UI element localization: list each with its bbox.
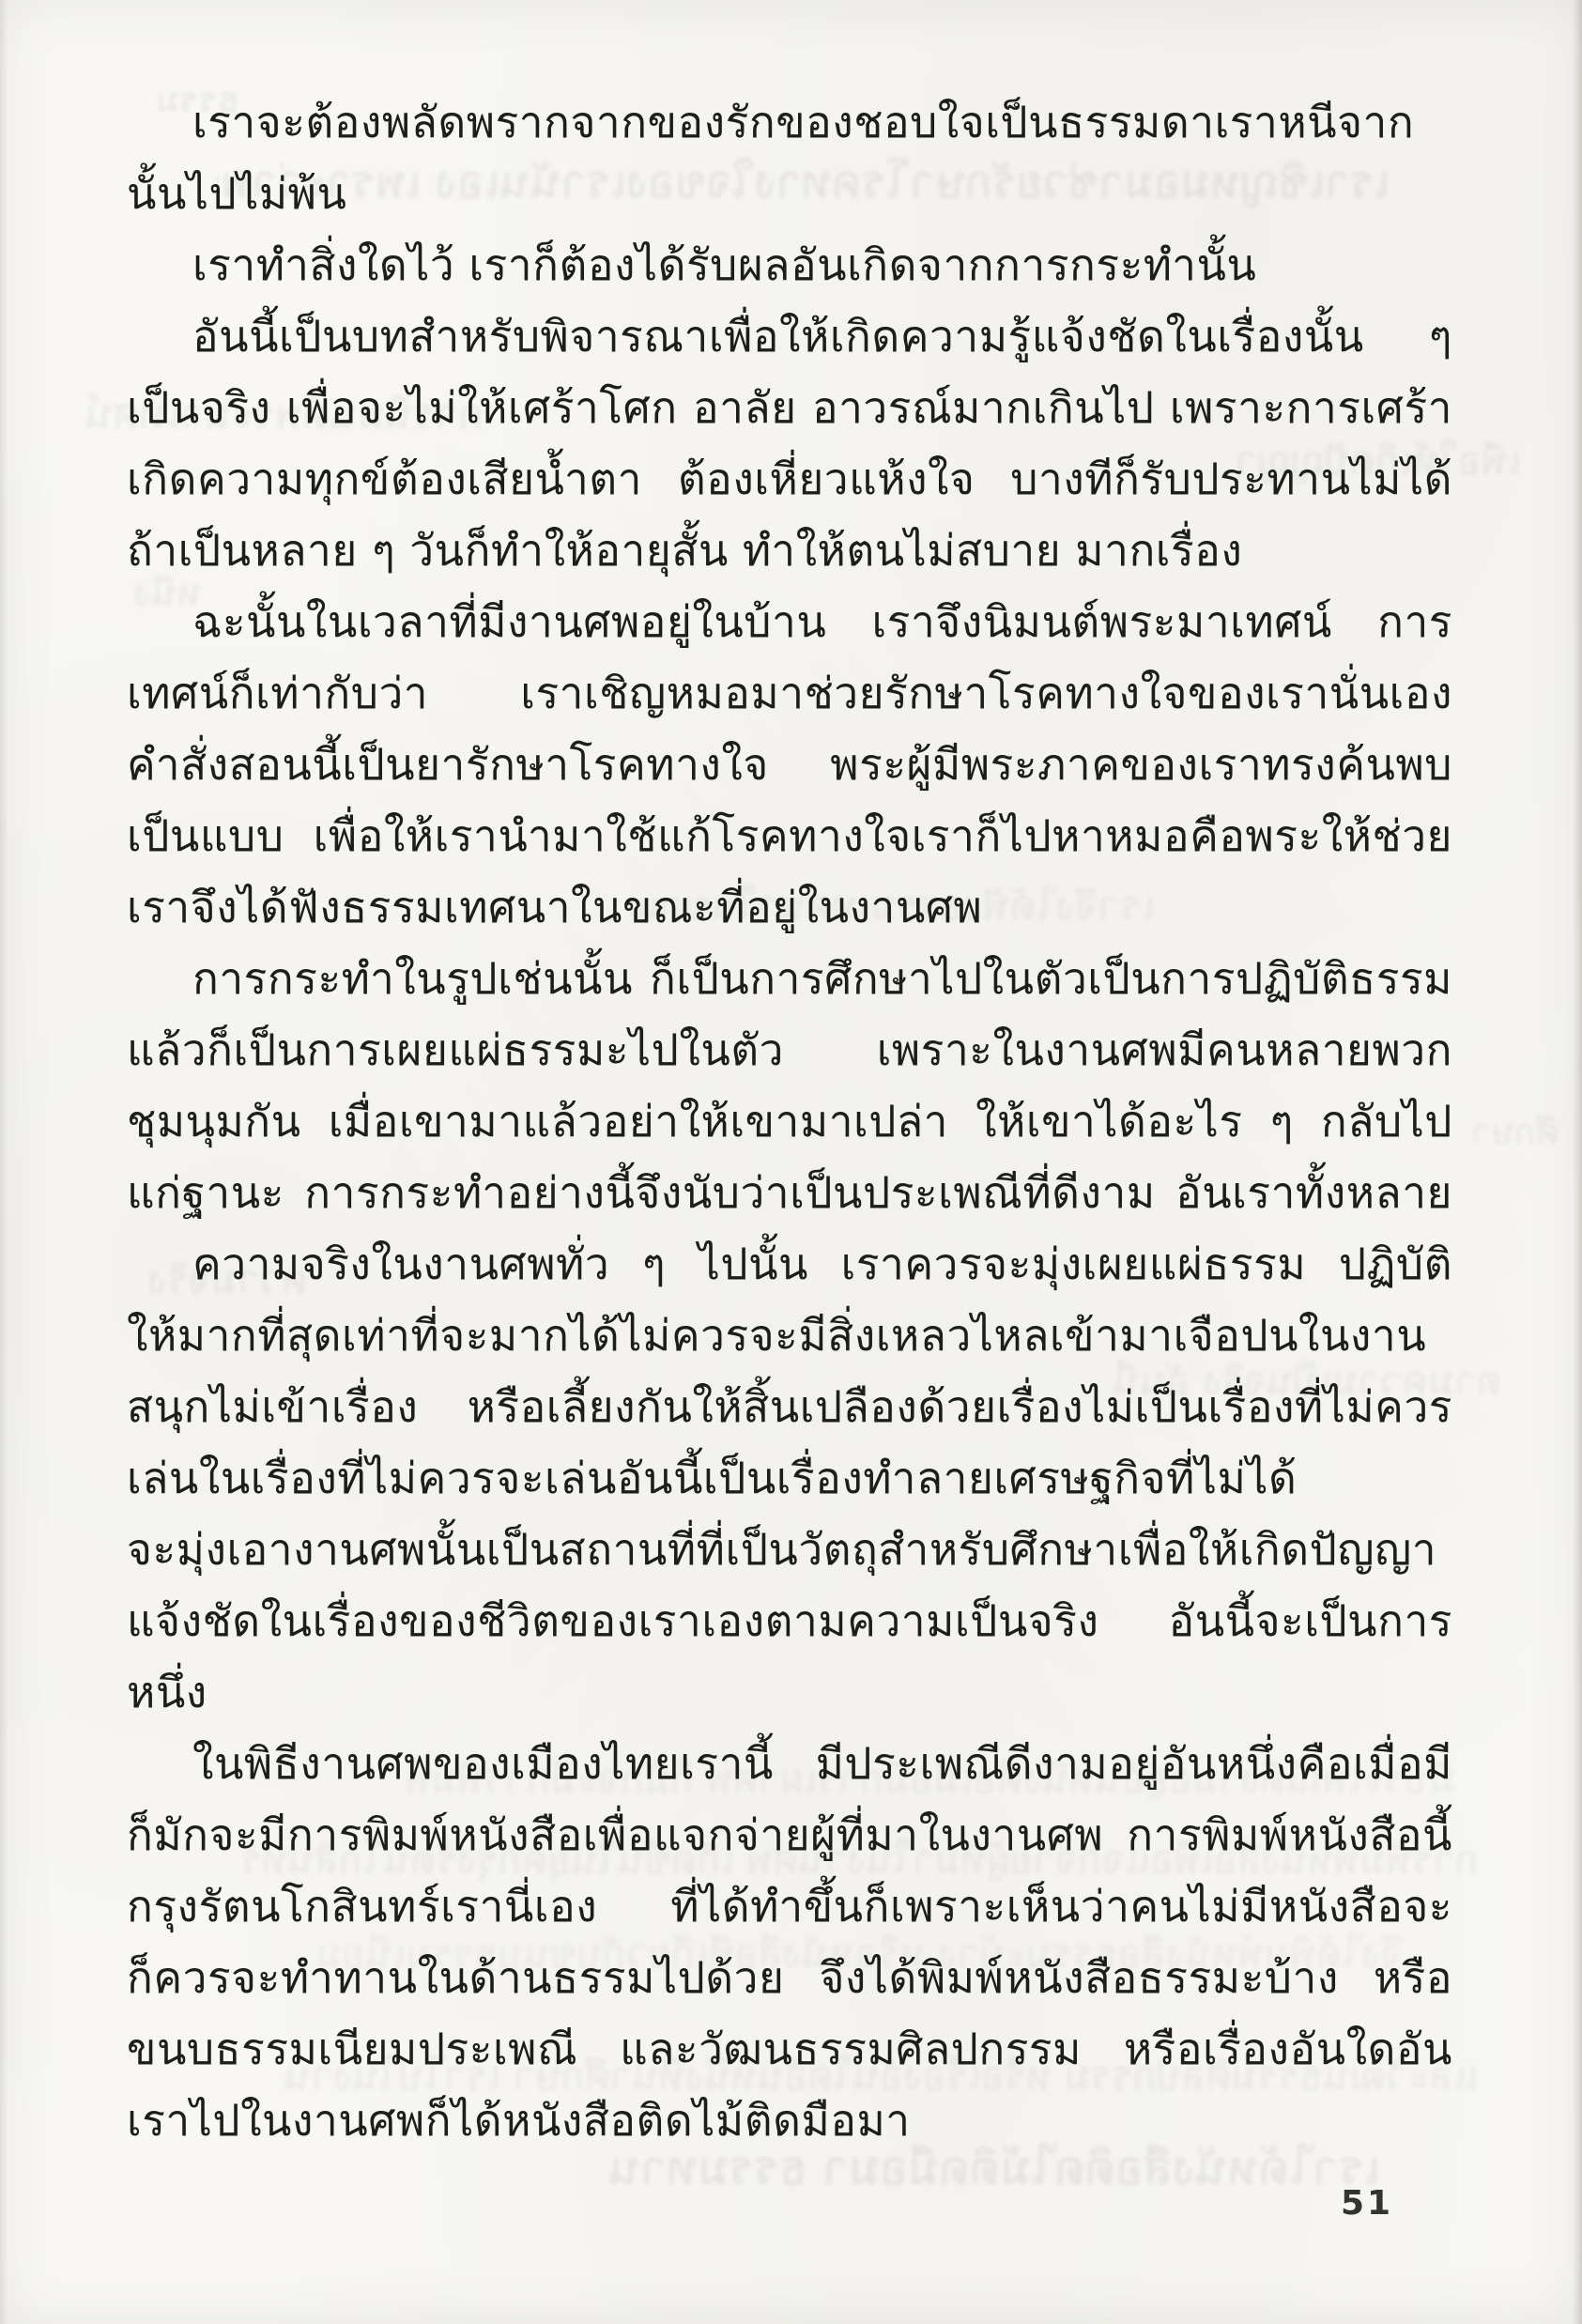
text-line: เล่นในเรื่องที่ไม่ควรจะเล่นอันนี้เป็นเรื…: [127, 1442, 1452, 1514]
scan-edge-shadow-left: [0, 0, 8, 2324]
text-line: เราทำสิ่งใดไว้ เราก็ต้องได้รับผลอันเกิดจ…: [127, 229, 1452, 300]
text-line: นั้นไปไม่พ้น: [127, 158, 1452, 229]
text-line: ชุมนุมกัน เมื่อเขามาแล้วอย่าให้เขามาเปล่…: [127, 1085, 1452, 1157]
text-line: ก็ควรจะทำทานในด้านธรรมไปด้วย จึงได้พิมพ์…: [127, 1942, 1452, 2013]
text-line: หนึ่ง: [127, 1656, 1452, 1728]
text-line: ฉะนั้นในเวลาที่มีงานศพอยู่ในบ้าน เราจึงน…: [127, 586, 1452, 657]
text-line: เกิดความทุกข์ต้องเสียน้ำตา ต้องเหี่ยวแห้…: [127, 443, 1452, 515]
book-page: เราเชิญหมอมาช่วยรักษาโรคทางใจของเรานั่นเ…: [0, 0, 1582, 2324]
text-line: อันนี้เป็นบทสำหรับพิจารณาเพื่อให้เกิดควา…: [127, 300, 1452, 372]
text-line: การกระทำในรูปเช่นนั้น ก็เป็นการศึกษาไปใน…: [127, 943, 1452, 1014]
text-line: ให้มากที่สุดเท่าที่จะมากได้ไม่ควรจะมีสิ่…: [127, 1300, 1452, 1371]
page-number: 51: [1341, 2184, 1393, 2223]
text-line: ขนบธรรมเนียมประเพณี และวัฒนธรรมศิลปกรรม …: [127, 2013, 1452, 2085]
text-line: ก็มักจะมีการพิมพ์หนังสือเพื่อแจกจ่ายผู้ท…: [127, 1799, 1452, 1870]
text-line: แก่ฐานะ การกระทำอย่างนี้จึงนับว่าเป็นประ…: [127, 1157, 1452, 1228]
text-line: ความจริงในงานศพทั่ว ๆ ไปนั้น เราควรจะมุ่…: [127, 1228, 1452, 1300]
text-line: คำสั่งสอนนี้เป็นยารักษาโรคทางใจ พระผู้มี…: [127, 729, 1452, 800]
text-line: เทศน์ก็เท่ากับว่า เราเชิญหมอมาช่วยรักษาโ…: [127, 657, 1452, 729]
text-line: แล้วก็เป็นการเผยแผ่ธรรมะไปในตัว เพราะในง…: [127, 1014, 1452, 1085]
text-line: เป็นจริง เพื่อจะไม่ให้เศร้าโศก อาลัย อาว…: [127, 372, 1452, 443]
text-line: เป็นแบบ เพื่อให้เรานำมาใช้แก้โรคทางใจเรา…: [127, 800, 1452, 871]
text-line: ถ้าเป็นหลาย ๆ วันก็ทำให้อายุสั้น ทำให้ตน…: [127, 515, 1452, 586]
text-line: กรุงรัตนโกสินทร์เรานี่เอง ที่ได้ทำขึ้นก็…: [127, 1870, 1452, 1942]
text-line: เราจึงได้ฟังธรรมเทศนาในขณะที่อยู่ในงานศพ: [127, 871, 1452, 943]
text-line: ในพิธีงานศพของเมืองไทยเรานี้ มีประเพณีดี…: [127, 1728, 1452, 1799]
text-line: จะมุ่งเอางานศพนั้นเป็นสถานที่ที่เป็นวัตถ…: [127, 1514, 1452, 1585]
text-line: แจ้งชัดในเรื่องของชีวิตของเราเองตามความเ…: [127, 1585, 1452, 1656]
text-line: เราจะต้องพลัดพรากจากของรักของชอบใจเป็นธร…: [127, 86, 1452, 158]
scan-edge-shadow-right: [1573, 0, 1582, 2324]
text-line: สนุกไม่เข้าเรื่อง หรือเลี้ยงกันให้สิ้นเป…: [127, 1371, 1452, 1442]
text-line: เราไปในงานศพก็ได้หนังสือติดไม้ติดมือมา: [127, 2085, 1452, 2156]
text-block: เราจะต้องพลัดพรากจากของรักของชอบใจเป็นธร…: [127, 86, 1452, 2156]
